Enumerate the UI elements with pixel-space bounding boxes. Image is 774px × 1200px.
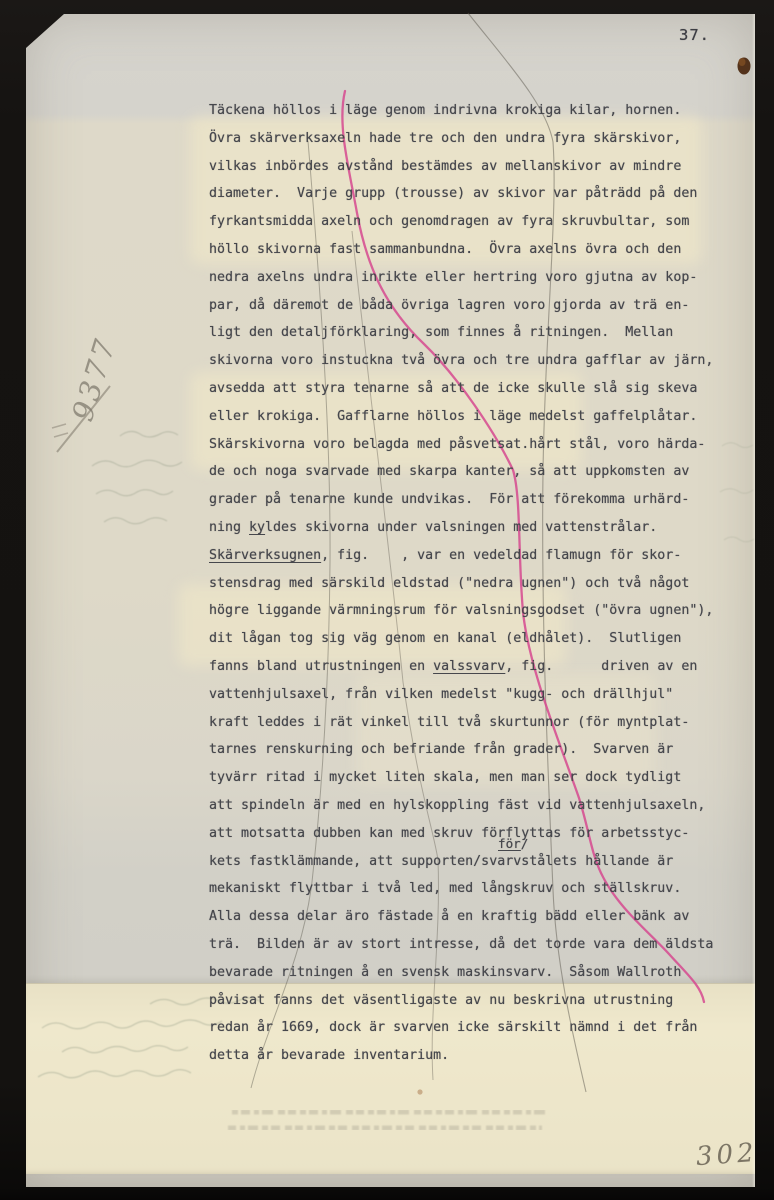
- typed-text: vattenhjulsaxel, från vilken medelst "ku…: [209, 687, 673, 702]
- typed-text: , fig. , var en vedeldad flamugn för sko…: [321, 548, 681, 563]
- typescript-line: skivorna voro instuckna två övra och tre…: [209, 347, 729, 375]
- typescript-line: nedra axelns undra inrikte eller hertrin…: [209, 264, 729, 292]
- typescript-line: trä. Bilden är av stort intresse, då det…: [209, 931, 729, 959]
- typescript-line: vattenhjulsaxel, från vilken medelst "ku…: [209, 681, 729, 709]
- typescript-line: par, då däremot de båda övriga lagren vo…: [209, 292, 729, 320]
- typed-text: par, då däremot de båda övriga lagren vo…: [209, 298, 689, 313]
- typescript-line: tyvärr ritad i mycket liten skala, men m…: [209, 764, 729, 792]
- typed-text: vilkas inbördes avstånd bestämdes av mel…: [209, 159, 681, 174]
- typescript-line: stensdrag med särskild eldstad ("nedra u…: [209, 570, 729, 598]
- typescript-line: avsedda att styra tenarne så att de icke…: [209, 375, 729, 403]
- typed-text: fanns bland utrustningen en: [209, 659, 433, 674]
- typed-text: Skärskivorna voro belagda med påsvetsat.…: [209, 437, 705, 452]
- typed-text: grader på tenarne kunde undvikas. För at…: [209, 492, 689, 507]
- typescript-line: ligt den detaljförklaring, som finnes å …: [209, 319, 729, 347]
- typed-text: kraft leddes i rät vinkel till två skurt…: [209, 715, 689, 730]
- underlined-text: Skärverksugnen: [209, 548, 321, 563]
- typed-text: /: [521, 836, 529, 851]
- typed-text: ligt den detaljförklaring, som finnes å …: [209, 325, 673, 340]
- typed-text: ldes skivorna under valsningen med vatte…: [265, 520, 657, 535]
- underlined-text: valssvarv: [433, 659, 505, 674]
- typescript-line: bevarade ritningen å en svensk maskinsva…: [209, 959, 729, 987]
- typed-text: eller krokiga. Gafflarne höllos i läge m…: [209, 409, 697, 424]
- typescript-line: vilkas inbördes avstånd bestämdes av mel…: [209, 153, 729, 181]
- typescript-line: detta år bevarade inventarium.: [209, 1042, 729, 1070]
- typescript-line: högre liggande värmningsrum för valsning…: [209, 597, 729, 625]
- insertion-note: för/: [498, 837, 528, 851]
- typed-text: kets fastklämmande, att supporten/svarvs…: [209, 854, 673, 869]
- typed-text: detta år bevarade inventarium.: [209, 1048, 449, 1063]
- typed-text: ning: [209, 520, 249, 535]
- typescript-lines: Täckena höllos i läge genom indrivna kro…: [209, 97, 729, 1070]
- typed-text: att spindeln är med en hylskoppling fäst…: [209, 798, 705, 813]
- typescript-line: att motsatta dubben kan med skruv förfly…: [209, 820, 729, 848]
- typed-text: bevarade ritningen å en svensk maskinsva…: [209, 965, 681, 980]
- typescript-line: tarnes renskurning och befriande från gr…: [209, 736, 729, 764]
- typescript-line: kraft leddes i rät vinkel till två skurt…: [209, 709, 729, 737]
- typescript-line: fyrkantsmidda axeln och genomdragen av f…: [209, 208, 729, 236]
- typescript-line: att spindeln är med en hylskoppling fäst…: [209, 792, 729, 820]
- typescript-line: kets fastklämmande, att supporten/svarvs…: [209, 848, 729, 876]
- paper-edge-highlight: [752, 14, 755, 1187]
- typescript-line: ning kyldes skivorna under valsningen me…: [209, 514, 729, 542]
- typescript-line: Alla dessa delar äro fästade å en krafti…: [209, 903, 729, 931]
- typed-text: , fig. driven av en: [505, 659, 697, 674]
- typescript-line: mekaniskt flyttbar i två led, med långsk…: [209, 875, 729, 903]
- typescript-line: redan år 1669, dock är svarven icke särs…: [209, 1014, 729, 1042]
- typed-text: dit lågan tog sig väg genom en kanal (el…: [209, 631, 681, 646]
- typed-text: höllo skivorna fast sammanbundna. Övra a…: [209, 242, 681, 257]
- typescript-line: fanns bland utrustningen en valssvarv, f…: [209, 653, 729, 681]
- typescript-line: Övra skärverksaxeln hade tre och den und…: [209, 125, 729, 153]
- typed-text: tarnes renskurning och befriande från gr…: [209, 742, 673, 757]
- typescript-line: diameter. Varje grupp (trousse) av skivo…: [209, 180, 729, 208]
- typescript-line: grader på tenarne kunde undvikas. För at…: [209, 486, 729, 514]
- underlined-text: för: [498, 836, 521, 851]
- typescript-line: påvisat fanns det väsentligaste av nu be…: [209, 987, 729, 1015]
- typed-text: diameter. Varje grupp (trousse) av skivo…: [209, 186, 697, 201]
- typescript-line: Täckena höllos i läge genom indrivna kro…: [209, 97, 729, 125]
- typed-text: att motsatta dubben kan med skruv förfly…: [209, 826, 689, 841]
- typed-text: fyrkantsmidda axeln och genomdragen av f…: [209, 214, 689, 229]
- typescript-line: eller krokiga. Gafflarne höllos i läge m…: [209, 403, 729, 431]
- typed-text: nedra axelns undra inrikte eller hertrin…: [209, 270, 697, 285]
- photograph-background: Täckena höllos i läge genom indrivna kro…: [0, 0, 774, 1200]
- typed-text: Alla dessa delar äro fästade å en krafti…: [209, 909, 689, 924]
- typescript-line: Skärskivorna voro belagda med påsvetsat.…: [209, 431, 729, 459]
- underlined-text: ky: [249, 520, 265, 535]
- page-number-top: 37.: [679, 26, 710, 44]
- typed-text: de och noga svarvade med skarpa kanter, …: [209, 464, 689, 479]
- typescript-line: Skärverksugnen, fig. , var en vedeldad f…: [209, 542, 729, 570]
- typed-text: påvisat fanns det väsentligaste av nu be…: [209, 993, 673, 1008]
- typed-text: tyvärr ritad i mycket liten skala, men m…: [209, 770, 681, 785]
- typescript-line: dit lågan tog sig väg genom en kanal (el…: [209, 625, 729, 653]
- typed-text: redan år 1669, dock är svarven icke särs…: [209, 1020, 697, 1035]
- typed-text: Övra skärverksaxeln hade tre och den und…: [209, 131, 681, 146]
- typed-text: högre liggande värmningsrum för valsning…: [209, 603, 713, 618]
- typescript-line: de och noga svarvade med skarpa kanter, …: [209, 458, 729, 486]
- typed-text: stensdrag med särskild eldstad ("nedra u…: [209, 576, 689, 591]
- page-number-bottom: 302: [695, 1138, 759, 1172]
- typescript-line: höllo skivorna fast sammanbundna. Övra a…: [209, 236, 729, 264]
- typed-text: avsedda att styra tenarne så att de icke…: [209, 381, 697, 396]
- typed-text: skivorna voro instuckna två övra och tre…: [209, 353, 713, 368]
- typed-text: mekaniskt flyttbar i två led, med långsk…: [209, 881, 681, 896]
- typed-text: Täckena höllos i läge genom indrivna kro…: [209, 103, 681, 118]
- typed-text: trä. Bilden är av stort intresse, då det…: [209, 937, 713, 952]
